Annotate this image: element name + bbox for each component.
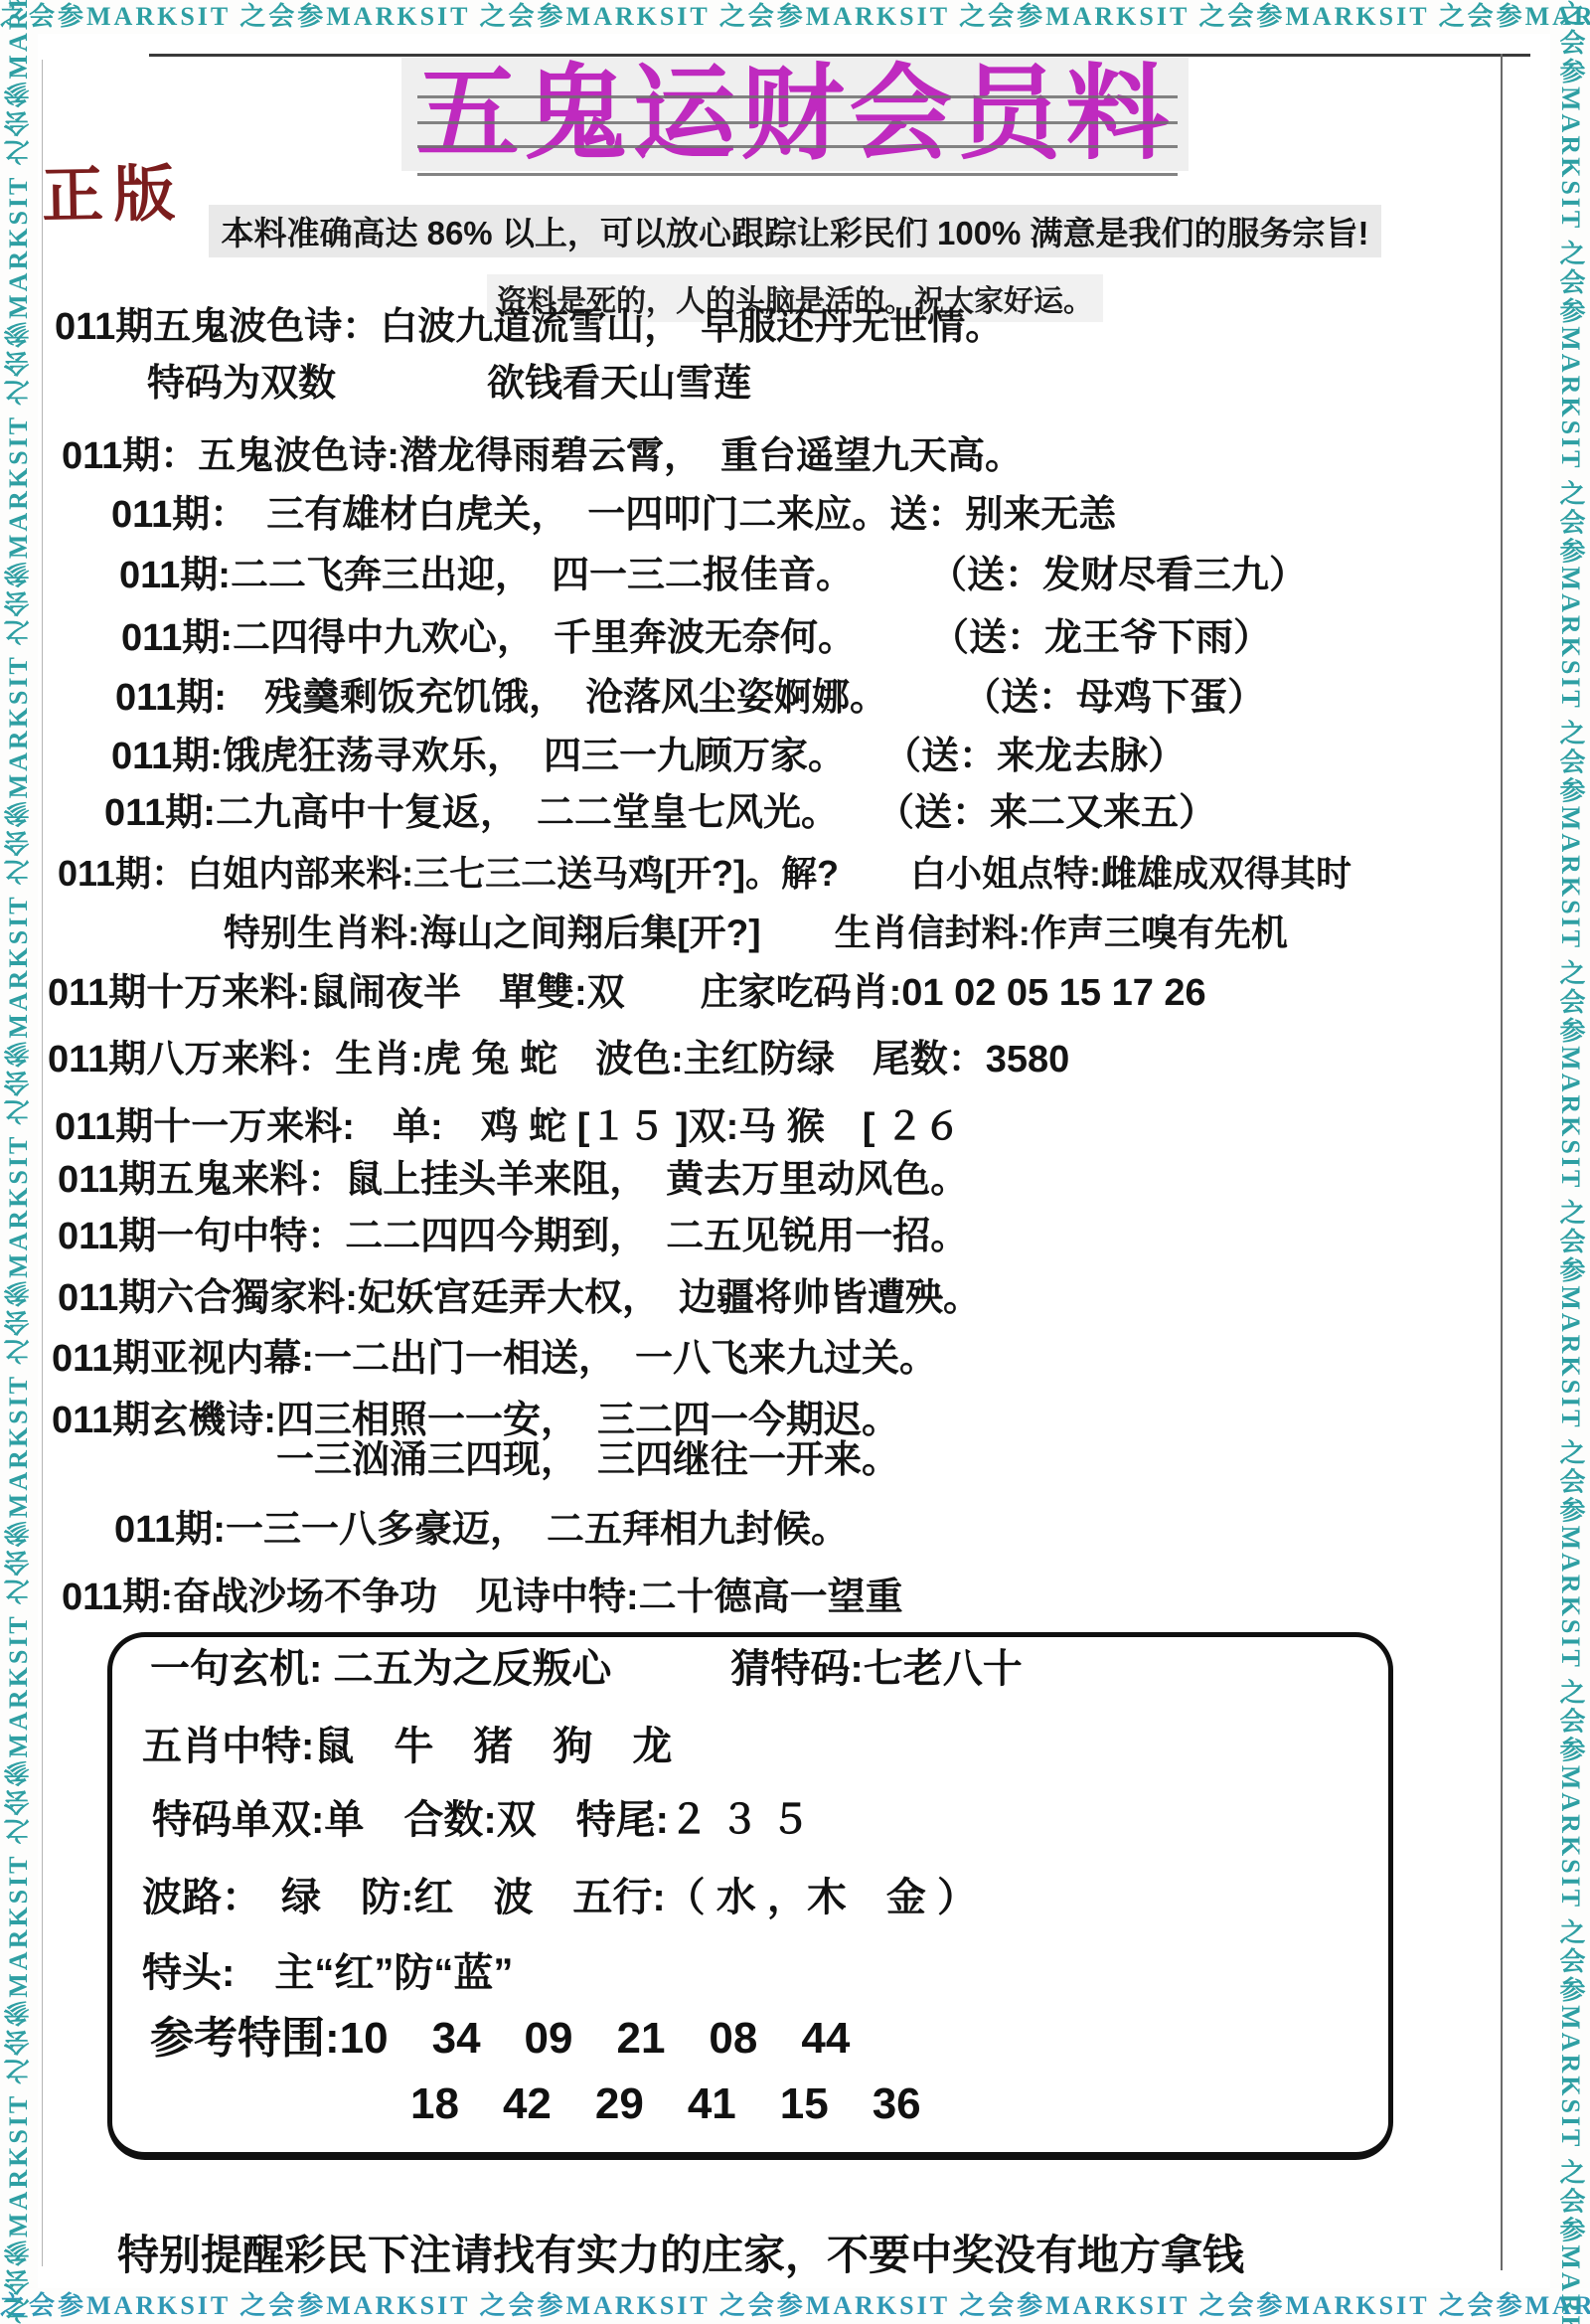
tip-line: 011期:奋战沙场不争功 见诗中特:二十德高一望重: [62, 1577, 903, 1620]
prediction-row: 特头: 主“红”防“蓝”: [142, 1951, 513, 1995]
tip-line: 011期：白姐内部来料:三七三二送马鸡[开?]。解? 白小姐点特:雌雄成双得其时: [58, 853, 1351, 894]
tip-line: 011期八万来料：生肖:虎 兔 蛇 波色:主红防绿 尾数：3580: [48, 1039, 1069, 1082]
tip-line: 011期五鬼来料：鼠上挂头羊来阻， 黄去万里动风色。: [58, 1159, 968, 1203]
prediction-row: 参考特围:10 34 09 21 08 44: [150, 2015, 850, 2063]
prediction-row: 五肖中特:鼠 牛 猪 狗 龙: [142, 1725, 672, 1768]
prediction-row: 一句玄机: 二五为之反叛心 猜特码:七老八十: [150, 1647, 1023, 1691]
tip-line: 011期:二九高中十复返， 二二堂皇七风光。 （送：来二又来五）: [104, 792, 1216, 836]
tip-line: 011期:饿虎狂荡寻欢乐， 四三一九顾万家。 （送：来龙去脉）: [111, 736, 1186, 779]
tip-line: 一三汹涌三四现， 三四继往一开来。: [276, 1439, 899, 1483]
tip-line: 011期玄機诗:四三相照一一安， 三二四一今期迟。: [52, 1400, 899, 1443]
tip-line: 011期:二四得中九欢心， 千里奔波无奈何。 （送：龙王爷下雨）: [121, 617, 1271, 661]
tip-line: 特别生肖料:海山之间翔后集[开?] 生肖信封料:作声三嗅有先机: [224, 913, 1288, 955]
tip-line: 011期六合獨家料:妃妖宫廷弄大权， 边疆将帅皆遭殃。: [58, 1277, 981, 1321]
tip-line: 特码为双数 欲钱看天山雪莲: [147, 363, 751, 407]
lottery-tip-sheet: 之会参MARKSIT 之会参MARKSIT 之会参MARKSIT 之会参MARK…: [0, 0, 1590, 2324]
prediction-row: 波路： 绿 防:红 波 五行:（ 水 ，木 金 ）: [142, 1876, 977, 1919]
tip-line: 011期:二二飞奔三出迎， 四一三二报佳音。 （送：发财尽看三九）: [119, 555, 1307, 598]
prediction-row: 特码单双:单 合数:双 特尾:２ ３ ５: [152, 1798, 810, 1842]
prediction-box: 一句玄机: 二五为之反叛心 猜特码:七老八十 五肖中特:鼠 牛 猪 狗 龙 特码…: [107, 1632, 1393, 2160]
tip-line: 011期:一三一八多豪迈， 二五拜相九封候。: [114, 1509, 849, 1553]
reminder-footer: 特别提醒彩民下注请找有实力的庄家，不要中奖没有地方拿钱: [117, 2223, 1244, 2282]
tip-line: 011期： 三有雄材白虎关， 一四叩门二来应。送：别来无恙: [111, 494, 1116, 538]
tip-line: 011期: 残羹剩饭充饥饿， 沧落风尘姿婀娜。 （送：母鸡下蛋）: [115, 677, 1265, 721]
tip-line: 011期亚视内幕:一二出门一相送， 一八飞来九过关。: [52, 1338, 937, 1382]
tip-line: 011期十万来料:鼠闹夜半 單雙:双 庄家吃码肖:01 02 05 15 17 …: [48, 972, 1206, 1016]
tip-line: 011期：五鬼波色诗:潜龙得雨碧云霄， 重台遥望九天高。: [62, 435, 1023, 479]
tip-line: 011期五鬼波色诗：白波九道流雪山， 早服还丹无世情。: [55, 306, 1003, 350]
prediction-row: 18 42 29 41 15 36: [410, 2080, 921, 2128]
tip-line: 011期一句中特：二二四四今期到， 二五见锐用一招。: [58, 1216, 968, 1259]
tip-line: 011期十一万来料: 单: 鸡 蛇 [１５ ]双:马 猴 [ ２６: [55, 1106, 961, 1150]
